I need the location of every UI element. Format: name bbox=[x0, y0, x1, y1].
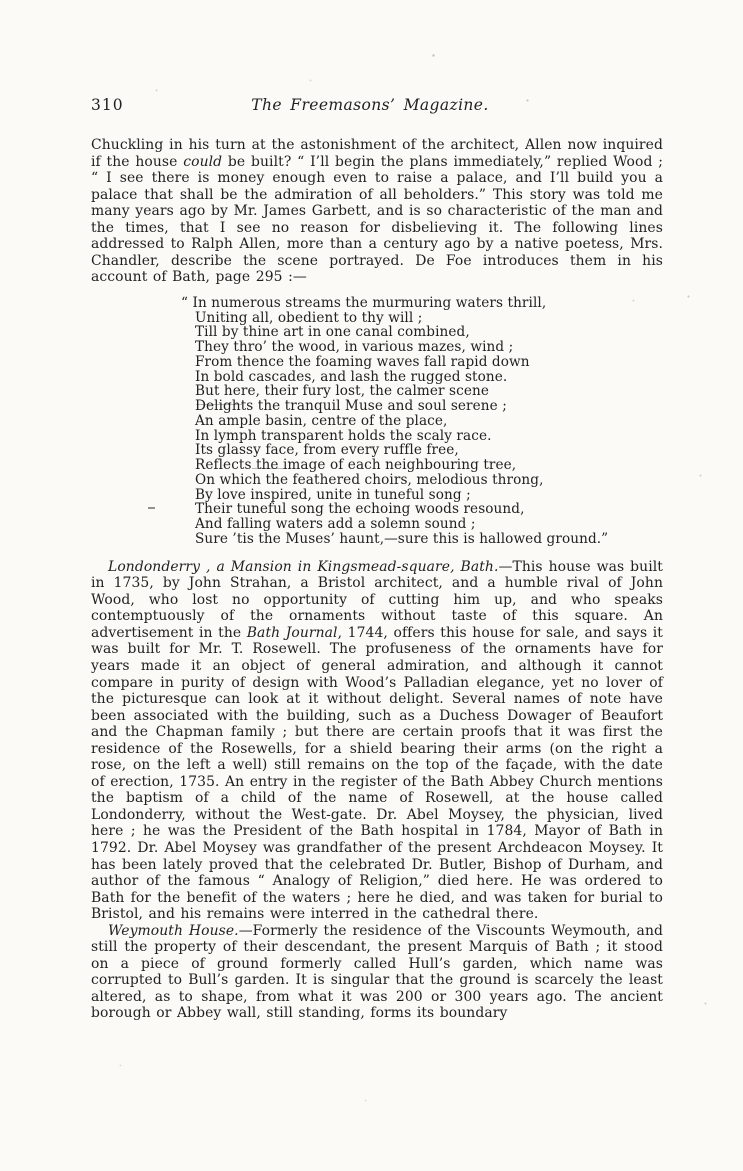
poem-line: Sure ’tis the Muses’ haunt,—sure this is… bbox=[195, 532, 663, 547]
article-lead-italic: Londonderry , a Mansion in Kingsmead-squ… bbox=[108, 559, 498, 575]
poem-line: On which the feathered choirs, melodious… bbox=[195, 473, 663, 488]
poem-line: Uniting all, obedient to thy will ; bbox=[195, 311, 663, 326]
body-text: , 1744, offers this house for sale, and … bbox=[91, 625, 663, 922]
poem-line: Its glassy face, from every ruffle free, bbox=[195, 443, 663, 458]
poem-line: Reflects the image of each neighbouring … bbox=[195, 458, 663, 473]
poem-quotation: “ In numerous streams the murmuring wate… bbox=[195, 296, 663, 547]
journal-title: The Freemasons’ Magazine. bbox=[90, 96, 650, 114]
body-text-italic: Bath Journal bbox=[247, 625, 338, 641]
body-text: be built? “ I’ll begin the plans immedia… bbox=[91, 154, 663, 286]
article-lead-italic: Weymouth House. bbox=[108, 923, 239, 939]
poem-line: In lymph transparent holds the scaly rac… bbox=[195, 429, 663, 444]
poem-line: Their tuneful song the echoing woods res… bbox=[195, 502, 663, 517]
paragraph-londonderry: Londonderry , a Mansion in Kingsmead-squ… bbox=[91, 559, 663, 923]
poem-line: From thence the foaming waves fall rapid… bbox=[195, 355, 663, 370]
scanned-page: 310 The Freemasons’ Magazine. Chuckling … bbox=[0, 0, 743, 1171]
page-body: Chuckling in his turn at the astonishmen… bbox=[91, 137, 663, 1022]
poem-line: “ In numerous streams the murmuring wate… bbox=[181, 296, 663, 311]
paragraph-weymouth-house: Weymouth House.—Formerly the residence o… bbox=[91, 923, 663, 1022]
body-text-italic: could bbox=[183, 154, 222, 170]
poem-line: They thro’ the wood, in various mazes, w… bbox=[195, 340, 663, 355]
paragraph-allen-anecdote: Chuckling in his turn at the astonishmen… bbox=[91, 137, 663, 286]
poem-line: Till by thine art in one canal combined, bbox=[195, 325, 663, 340]
poem-line: And falling waters add a solemn sound ; bbox=[195, 517, 663, 532]
poem-line: But here, their fury lost, the calmer sc… bbox=[195, 384, 663, 399]
poem-line: Delights the tranquil Muse and soul sere… bbox=[195, 399, 663, 414]
poem-line: By love inspired, unite in tuneful song … bbox=[195, 488, 663, 503]
running-head: 310 The Freemasons’ Magazine. bbox=[0, 0, 743, 130]
poem-line: An ample basin, centre of the place, bbox=[195, 414, 663, 429]
poem-line: In bold cascades, and lash the rugged st… bbox=[195, 370, 663, 385]
